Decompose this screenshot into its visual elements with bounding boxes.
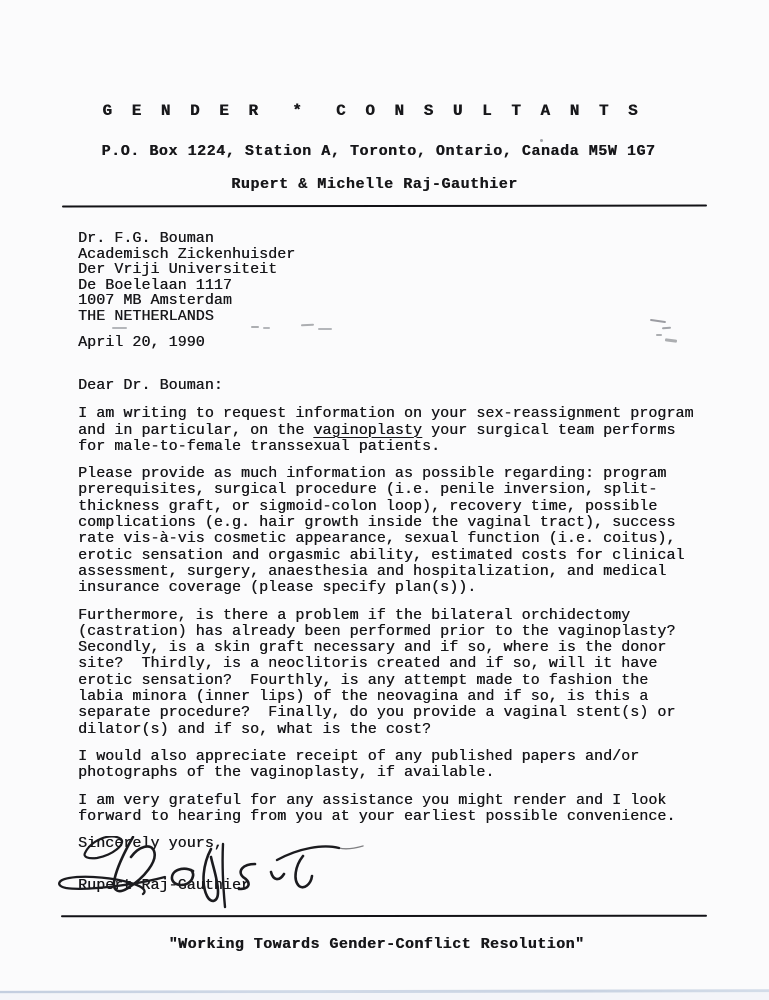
body-line: erotic sensation? Fourthly, is any attem… (78, 673, 738, 689)
smudge-mark (112, 327, 127, 329)
body-line: Furthermore, is there a problem if the b… (78, 608, 738, 624)
scan-edge-artifact-top (0, 0, 769, 5)
body-line: forward to hearing from you at your earl… (78, 809, 738, 825)
body-line: Please provide as much information as po… (78, 466, 738, 482)
body-line: separate procedure? Finally, do you prov… (78, 705, 738, 721)
body-line: photographs of the vaginoplasty, if avai… (78, 765, 738, 781)
paragraph: I am writing to request information on y… (78, 406, 738, 455)
letterhead-address: P.O. Box 1224, Station A, Toronto, Ontar… (0, 143, 763, 160)
footer-rule (61, 915, 707, 918)
body-line: I am very grateful for any assistance yo… (78, 793, 738, 809)
underlined-term: vaginoplasty (313, 422, 422, 439)
letter-date: April 20, 1990 (78, 335, 205, 351)
address-line: THE NETHERLANDS (78, 309, 295, 325)
smudge-mark (650, 319, 666, 323)
letter-body: Dear Dr. Bouman: I am writing to request… (78, 378, 738, 895)
scan-edge-artifact-bottom-fade (0, 993, 769, 1000)
signature-scrawl (55, 836, 367, 914)
address-line: Academisch Zickenhuisder (78, 247, 295, 263)
paragraph: I am very grateful for any assistance yo… (78, 793, 738, 826)
body-line: I am writing to request information on y… (78, 406, 738, 422)
smudge-mark (540, 139, 543, 142)
body-line: labia minora (inner lips) of the neovagi… (78, 689, 738, 705)
body-line: prerequisites, surgical procedure (i.e. … (78, 482, 738, 498)
body-line: Secondly, is a skin graft necessary and … (78, 640, 738, 656)
address-line: Dr. F.G. Bouman (78, 231, 295, 247)
body-line: site? Thirdly, is a neoclitoris created … (78, 656, 738, 672)
body-line: thickness graft, or sigmoid-colon loop),… (78, 499, 738, 515)
salutation: Dear Dr. Bouman: (78, 378, 738, 394)
letterhead-names: Rupert & Michelle Raj-Gauthier (0, 176, 759, 193)
recipient-address-block: Dr. F.G. BoumanAcademisch ZickenhuisderD… (78, 231, 295, 324)
smudge-mark (251, 326, 259, 328)
paragraph: Furthermore, is there a problem if the b… (78, 608, 738, 738)
body-line: (castration) has already been performed … (78, 624, 738, 640)
body-line: rate vis-à-vis cosmetic appearance, sexu… (78, 531, 738, 547)
body-line: and in particular, on the vaginoplasty y… (78, 423, 738, 439)
address-line: Der Vriji Universiteit (78, 262, 295, 278)
paragraph: I would also appreciate receipt of any p… (78, 749, 738, 782)
body-line: erotic sensation and orgasmic ability, e… (78, 548, 738, 564)
body-line: assessment, surgery, anaesthesia and hos… (78, 564, 738, 580)
address-line: 1007 MB Amsterdam (78, 293, 295, 309)
smudge-mark (318, 328, 332, 330)
address-line: De Boelelaan 1117 (78, 278, 295, 294)
smudge-mark (301, 324, 314, 327)
smudge-mark (665, 338, 677, 342)
smudge-mark (662, 327, 671, 330)
body-line: for male-to-female transsexual patients. (78, 439, 738, 455)
paragraphs-container: I am writing to request information on y… (78, 406, 738, 825)
letterhead-brand: G E N D E R * C O N S U L T A N T S (0, 102, 757, 120)
body-line: complications (e.g. hair growth inside t… (78, 515, 738, 531)
footer-motto: "Working Towards Gender-Conflict Resolut… (0, 936, 761, 953)
body-line: insurance coverage (please specify plan(… (78, 580, 738, 596)
body-line: I would also appreciate receipt of any p… (78, 749, 738, 765)
smudge-mark (656, 334, 662, 336)
letterhead-rule (62, 205, 707, 208)
body-line: dilator(s) and if so, what is the cost? (78, 722, 738, 738)
paragraph: Please provide as much information as po… (78, 466, 738, 596)
scanned-letter-page: G E N D E R * C O N S U L T A N T S P.O.… (0, 0, 769, 1000)
smudge-mark (263, 327, 270, 329)
